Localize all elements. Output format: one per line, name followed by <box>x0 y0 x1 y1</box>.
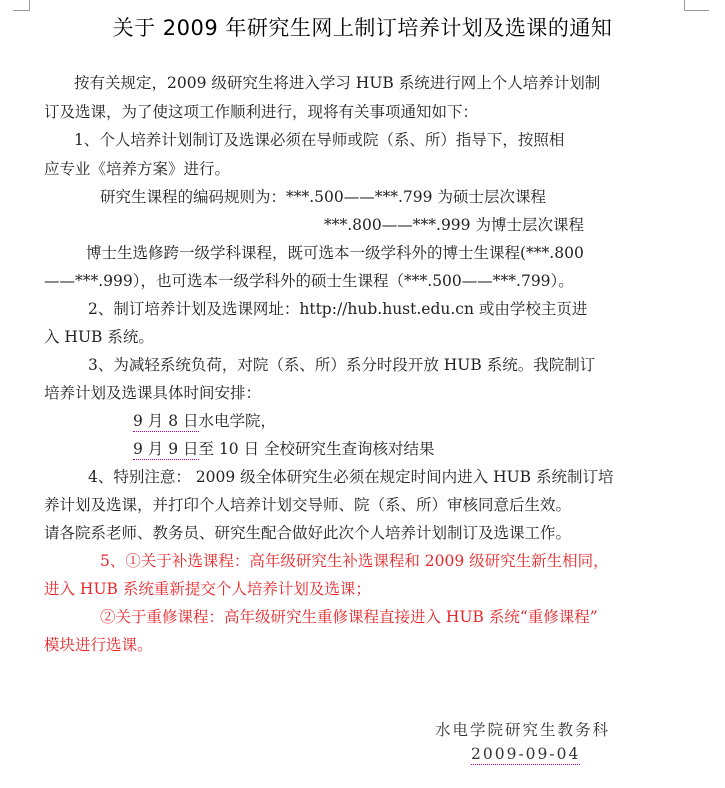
page-corner-mark-top-left <box>13 0 30 11</box>
item3-line-2: 培养计划及选课具体时间安排： <box>44 383 261 403</box>
schedule-line-2: 9 月 9 日至 10 日 全校研究生查询核对结果 <box>133 439 435 459</box>
schedule-date-1: 9 月 8 日 <box>133 412 199 432</box>
item2-line-2: 入 HUB 系统。 <box>44 327 154 347</box>
item3-line-1: 3、为减轻系统负荷，对院（系、所）系分时段开放 HUB 系统。我院制订 <box>88 355 595 375</box>
signature-department: 水电学院研究生教务科 <box>435 718 610 740</box>
item1-line-2: 应专业《培养方案》进行。 <box>44 159 230 179</box>
page-corner-mark-top-right <box>684 0 709 11</box>
coding-rule-line-1: 研究生课程的编码规则为：***.500——***.799 为硕士层次课程 <box>100 187 546 207</box>
phd-course-line-1: 博士生选修跨一级学科课程，既可选本一级学科外的博士生课程(***.800 <box>86 243 584 263</box>
schedule-line-1: 9 月 8 日水电学院， <box>133 411 276 431</box>
item2-line-1: 2、制订培养计划及选课网址：http://hub.hust.edu.cn 或由学… <box>88 299 587 319</box>
schedule-date-2: 9 月 9 日 <box>133 440 199 460</box>
item5b-line-2: 模块进行选课。 <box>44 635 153 655</box>
document-title: 关于 2009 年研究生网上制订培养计划及选课的通知 <box>0 12 725 42</box>
item4-line-3: 请各院系老师、教务员、研究生配合做好此次个人培养计划制订及选课工作。 <box>44 523 571 543</box>
item5a-line-1: 5、①关于补选课程：高年级研究生补选课程和 2009 级研究生新生相同， <box>100 551 609 571</box>
item5a-line-2: 进入 HUB 系统重新提交个人培养计划及选课； <box>44 579 371 599</box>
schedule-text-2: 至 10 日 全校研究生查询核对结果 <box>199 440 435 458</box>
item5b-line-1: ②关于重修课程：高年级研究生重修课程直接进入 HUB 系统“重修课程” <box>100 607 598 627</box>
signature-date: 2009-09-04 <box>471 745 580 763</box>
coding-rule-line-2: ***.800——***.999 为博士层次课程 <box>324 215 584 235</box>
item4-line-1: 4、特别注意： 2009 级全体研究生必须在规定时间内进入 HUB 系统制订培 <box>88 467 614 487</box>
schedule-text-1: 水电学院， <box>199 412 277 430</box>
signature-date-text: 2009-09-04 <box>471 745 580 765</box>
phd-course-line-2: ——***.999），也可选本一级学科外的硕士生课程（***.500——***.… <box>44 271 574 291</box>
intro-line-1: 按有关规定，2009 级研究生将进入学习 HUB 系统进行网上个人培养计划制 <box>74 73 600 93</box>
intro-line-2: 订及选课，为了使这项工作顺利进行，现将有关事项通知如下： <box>44 102 478 122</box>
item4-line-2: 养计划及选课，并打印个人培养计划交导师、院（系、所）审核同意后生效。 <box>44 495 571 515</box>
item1-line-1: 1、个人培养计划制订及选课必须在导师或院（系、所）指导下，按照相 <box>74 130 564 150</box>
